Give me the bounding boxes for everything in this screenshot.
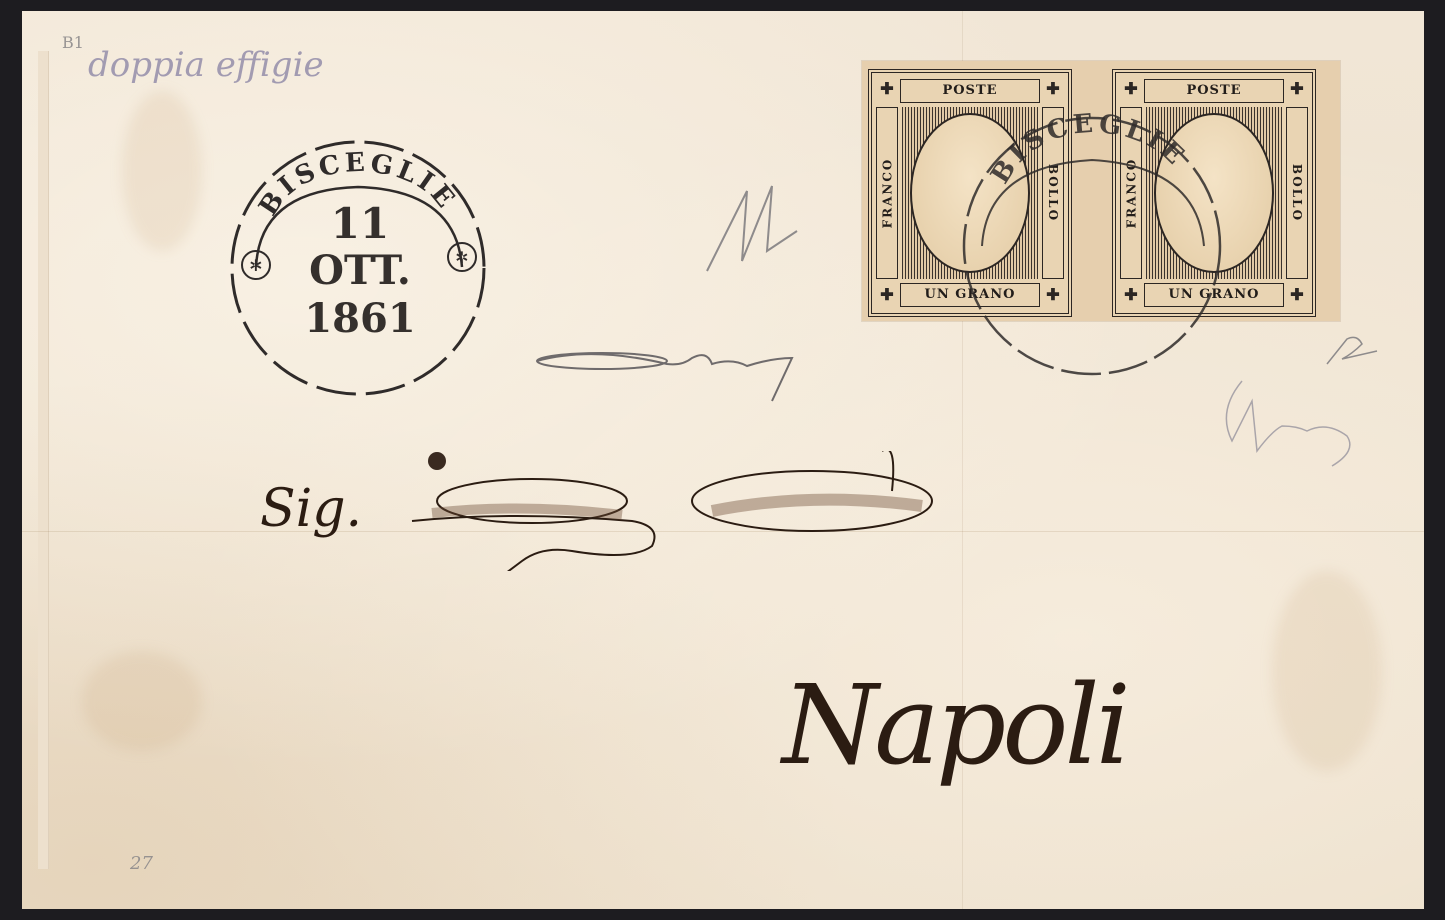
pencil-code: B1 xyxy=(62,33,84,52)
pencil-number: 27 xyxy=(130,853,153,874)
crossed-out-name xyxy=(392,451,952,571)
cross-ornament-icon: ✚ xyxy=(878,287,896,305)
address-salutation: Sig. xyxy=(260,479,362,539)
postal-cover: B1 doppia effigie 27 ✲ ✲ BISCEGLIE 11 OT… xyxy=(22,11,1424,909)
foxing-stain xyxy=(82,651,202,751)
foxing-stain xyxy=(122,91,202,251)
cross-ornament-icon: ✚ xyxy=(878,81,896,99)
cross-ornament-icon: ✚ xyxy=(1288,81,1306,99)
cancel-postmark: BISCEGLIE xyxy=(942,96,1242,396)
postmark-year: 1861 xyxy=(210,295,510,342)
folded-flap-edge xyxy=(38,51,49,869)
address-city: Napoli xyxy=(782,661,1127,789)
stamp-left-label: FRANCO xyxy=(876,107,898,279)
pencil-scribble xyxy=(532,336,812,406)
postmark-month: OTT. xyxy=(210,247,510,294)
pencil-scribble xyxy=(697,171,807,281)
pencil-note: doppia effigie xyxy=(88,45,324,85)
postmark-day: 11 xyxy=(210,199,510,248)
postmark-bisceglie: ✲ ✲ BISCEGLIE 11 OTT. 1861 xyxy=(210,135,510,405)
stamp-pair: ✚ ✚ ✚ ✚ POSTE FRANCO BOLLO UN GRANO ✚ ✚ … xyxy=(862,61,1340,321)
stamp-right-label: BOLLO xyxy=(1286,107,1308,279)
foxing-stain xyxy=(1272,571,1382,771)
pencil-mark xyxy=(1322,329,1382,369)
cross-ornament-icon: ✚ xyxy=(1288,287,1306,305)
